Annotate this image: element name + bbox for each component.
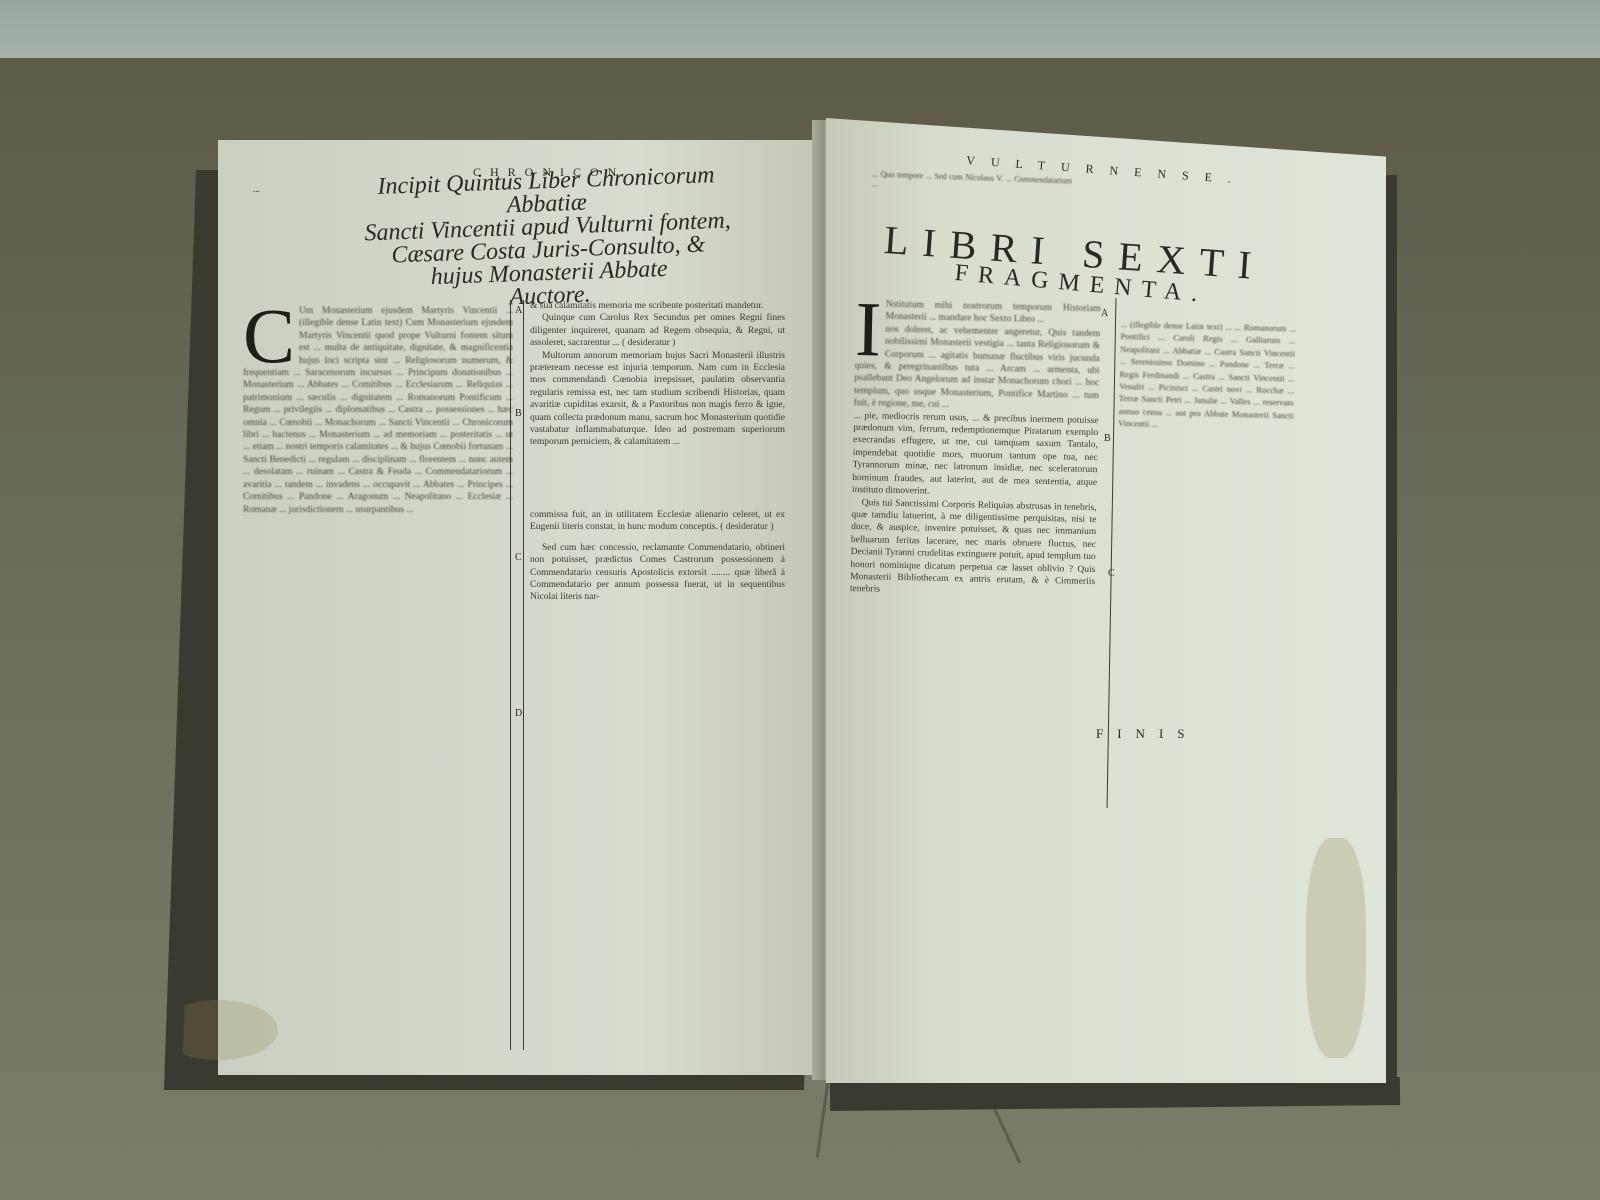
wall-background bbox=[0, 0, 1600, 62]
paragraph: & sua calamitatis memoria me scribente p… bbox=[530, 300, 785, 312]
column-text: ... (illegible dense Latin text) ... bbox=[1121, 319, 1232, 332]
margin-letter: A bbox=[1101, 308, 1108, 319]
paragraph: Sed cum hæc concessio, reclamante Commen… bbox=[530, 542, 785, 604]
margin-letter: A bbox=[515, 305, 522, 316]
margin-letter: B bbox=[515, 408, 522, 419]
paragraph: Quinque cum Carolus Rex Secundus per omn… bbox=[530, 312, 785, 349]
paragraph: commissa fuit, an in utilitatem Ecclesiæ… bbox=[530, 509, 785, 534]
text-column-a: C Um Monasterium ejusdem Martyris Vincen… bbox=[243, 305, 513, 1045]
paragraph: Quis tui Sanctissimi Corporis Reliquias … bbox=[850, 496, 1097, 600]
column-rule bbox=[523, 300, 524, 1050]
right-page: VULTURNENSE. ... Quo tempore ... Sed cum… bbox=[826, 118, 1386, 1083]
margin-letter: C bbox=[515, 552, 522, 563]
text-column-a: I Nstitutum mihi nostrorum temporum Hist… bbox=[845, 298, 1101, 823]
text-column-b: & sua calamitatis memoria me scribente p… bbox=[530, 300, 785, 1050]
page-number: ... bbox=[253, 184, 260, 194]
page-stain bbox=[1306, 838, 1366, 1058]
column-rule bbox=[510, 300, 511, 1050]
drop-cap: C bbox=[243, 305, 295, 367]
finis-text: FINIS bbox=[1096, 726, 1199, 742]
left-page: CHRONICON ... Incipit Quintus Liber Chro… bbox=[218, 140, 818, 1075]
margin-letter: D bbox=[515, 708, 522, 719]
chapter-title: Incipit Quintus Liber Chronicorum Abbati… bbox=[346, 163, 751, 315]
paragraph: Multorum annorum memoriam hujus Sacri Mo… bbox=[530, 350, 785, 449]
margin-letter: B bbox=[1104, 433, 1111, 444]
paragraph: ... pie, mediocris rerum usus, ... & pre… bbox=[852, 410, 1099, 502]
